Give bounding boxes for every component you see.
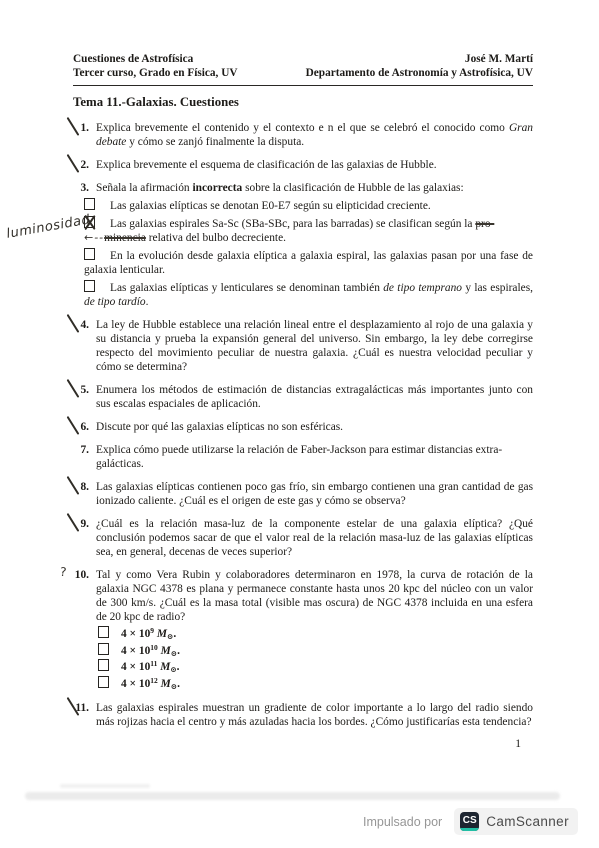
department-name: Departamento de Astronomía y Astrofísica…: [306, 66, 533, 80]
question-text: Las galaxias espirales muestran un gradi…: [96, 701, 533, 729]
option-text: 4 × 1012 M⊙.: [121, 678, 180, 690]
camscanner-badge: CS CamScanner: [454, 808, 578, 835]
question-body: Discute por qué las galaxias elípticas n…: [96, 420, 533, 434]
question-item: 9.¿Cuál es la relación masa-luz de la co…: [73, 517, 533, 559]
question-body: Enumera los métodos de estimación de dis…: [96, 383, 533, 411]
question-body: Señala la afirmación incorrecta sobre la…: [96, 181, 533, 309]
option-row: En la evolución desde galaxia elíptica a…: [84, 248, 533, 277]
page-title: Tema 11.-Galaxias. Cuestiones: [73, 95, 533, 110]
question-text: La ley de Hubble establece una relación …: [96, 318, 533, 374]
question-number: 1.: [73, 121, 89, 149]
course-title: Cuestiones de Astrofísica: [73, 52, 238, 66]
camscanner-footer: Impulsado por CS CamScanner: [363, 808, 578, 835]
camscanner-logo-icon: CS: [460, 812, 479, 831]
option-text: Las galaxias elípticas y lenticulares se…: [84, 282, 533, 308]
question-text: Explica brevemente el contenido y el con…: [96, 121, 533, 149]
question-body: Explica brevemente el esquema de clasifi…: [96, 158, 533, 172]
question-item: 8.Las galaxias elípticas contienen poco …: [73, 480, 533, 508]
question-item: 11.Las galaxias espirales muestran un gr…: [73, 701, 533, 729]
question-body: Explica cómo puede utilizarse la relació…: [96, 443, 533, 471]
camscanner-brand-name: CamScanner: [486, 814, 569, 829]
option-text: En la evolución desde galaxia elíptica a…: [84, 250, 533, 276]
option-row: Las galaxias elípticas se denotan E0-E7 …: [84, 198, 533, 213]
course-subtitle: Tercer curso, Grado en Física, UV: [73, 66, 238, 80]
question-body: ¿Cuál es la relación masa-luz de la comp…: [96, 517, 533, 559]
option-row: 4 × 1011 M⊙.: [98, 659, 533, 676]
document-body: Cuestiones de Astrofísica Tercer curso, …: [0, 0, 599, 750]
question-item: ?10.Tal y como Vera Rubin y colaboradore…: [73, 568, 533, 692]
checkbox: [98, 659, 109, 671]
option-text: 4 × 109 M⊙.: [121, 628, 176, 640]
question-body: Tal y como Vera Rubin y colaboradores de…: [96, 568, 533, 692]
question-text: Las galaxias elípticas contienen poco ga…: [96, 480, 533, 508]
camscanner-logo-initials: CS: [463, 816, 477, 826]
question-text: Señala la afirmación incorrecta sobre la…: [96, 181, 533, 195]
question-number: 4.: [73, 318, 89, 374]
checkbox: [98, 643, 109, 655]
scan-edge-shadow: [25, 792, 560, 800]
question-body: Explica brevemente el contenido y el con…: [96, 121, 533, 149]
option-row: 4 × 1012 M⊙.: [98, 676, 533, 693]
question-number: 11.: [73, 701, 89, 729]
question-item: 2.Explica brevemente el esquema de clasi…: [73, 158, 533, 172]
scanned-document-page: Cuestiones de Astrofísica Tercer curso, …: [0, 0, 599, 848]
checkbox: [98, 676, 109, 688]
handwritten-slash-mark: [65, 476, 81, 496]
options-list: 4 × 109 M⊙.4 × 1010 M⊙.4 × 1011 M⊙.4 × 1…: [98, 626, 533, 692]
option-text: Las galaxias elípticas se denotan E0-E7 …: [110, 200, 431, 212]
question-number: 8.: [73, 480, 89, 508]
handwritten-slash-mark: [65, 416, 81, 436]
header-left: Cuestiones de Astrofísica Tercer curso, …: [73, 52, 238, 80]
question-text: Explica cómo puede utilizarse la relació…: [96, 443, 533, 471]
checkbox: [84, 248, 95, 260]
question-text: Discute por qué las galaxias elípticas n…: [96, 420, 533, 434]
checkbox: [84, 280, 95, 292]
option-row: Las galaxias elípticas y lenticulares se…: [84, 280, 533, 309]
question-item: 5.Enumera los métodos de estimación de d…: [73, 383, 533, 411]
options-list: Las galaxias elípticas se denotan E0-E7 …: [84, 198, 533, 309]
question-item: 1.Explica brevemente el contenido y el c…: [73, 121, 533, 149]
option-text: 4 × 1010 M⊙.: [121, 645, 180, 657]
handwritten-slash-mark: [65, 154, 81, 174]
question-number: 9.: [73, 517, 89, 559]
handwritten-slash-mark: [65, 314, 81, 334]
question-body: Las galaxias espirales muestran un gradi…: [96, 701, 533, 729]
question-number: 5.: [73, 383, 89, 411]
handwritten-slash-mark: [65, 117, 81, 137]
handwritten-slash-mark: [65, 697, 81, 717]
question-text: Explica brevemente el esquema de clasifi…: [96, 158, 533, 172]
question-number: 2.: [73, 158, 89, 172]
question-item: 3.Señala la afirmación incorrecta sobre …: [73, 181, 533, 309]
question-item: 4.La ley de Hubble establece una relació…: [73, 318, 533, 374]
header-right: José M. Martí Departamento de Astronomía…: [306, 52, 533, 80]
camscanner-logo-teal-bar: [460, 828, 479, 832]
checkbox: [98, 626, 109, 638]
option-row: 4 × 1010 M⊙.: [98, 643, 533, 660]
option-text: Las galaxias espirales Sa-Sc (SBa-SBc, p…: [84, 218, 494, 244]
question-text: Enumera los métodos de estimación de dis…: [96, 383, 533, 411]
scan-edge-shadow-small: [60, 784, 150, 788]
handwritten-slash-mark: [65, 513, 81, 533]
handwritten-question-mark: ?: [59, 565, 67, 580]
option-row: Las galaxias espirales Sa-Sc (SBa-SBc, p…: [84, 216, 533, 245]
question-number: ?10.: [73, 568, 89, 692]
question-item: 6.Discute por qué las galaxias elípticas…: [73, 420, 533, 434]
question-number: 6.: [73, 420, 89, 434]
header-rule: [73, 85, 533, 86]
question-number: 7.: [73, 443, 89, 471]
checkbox: [84, 198, 95, 210]
option-row: 4 × 109 M⊙.: [98, 626, 533, 643]
question-body: La ley de Hubble establece una relación …: [96, 318, 533, 374]
question-text: ¿Cuál es la relación masa-luz de la comp…: [96, 517, 533, 559]
question-body: Las galaxias elípticas contienen poco ga…: [96, 480, 533, 508]
handwritten-slash-mark: [65, 379, 81, 399]
option-text: 4 × 1011 M⊙.: [121, 661, 180, 673]
questions-list: 1.Explica brevemente el contenido y el c…: [73, 121, 533, 729]
page-number: 1: [73, 738, 533, 750]
question-text: Tal y como Vera Rubin y colaboradores de…: [96, 568, 533, 624]
document-header: Cuestiones de Astrofísica Tercer curso, …: [73, 52, 533, 80]
author-name: José M. Martí: [306, 52, 533, 66]
powered-by-label: Impulsado por: [363, 815, 442, 829]
question-item: 7.Explica cómo puede utilizarse la relac…: [73, 443, 533, 471]
